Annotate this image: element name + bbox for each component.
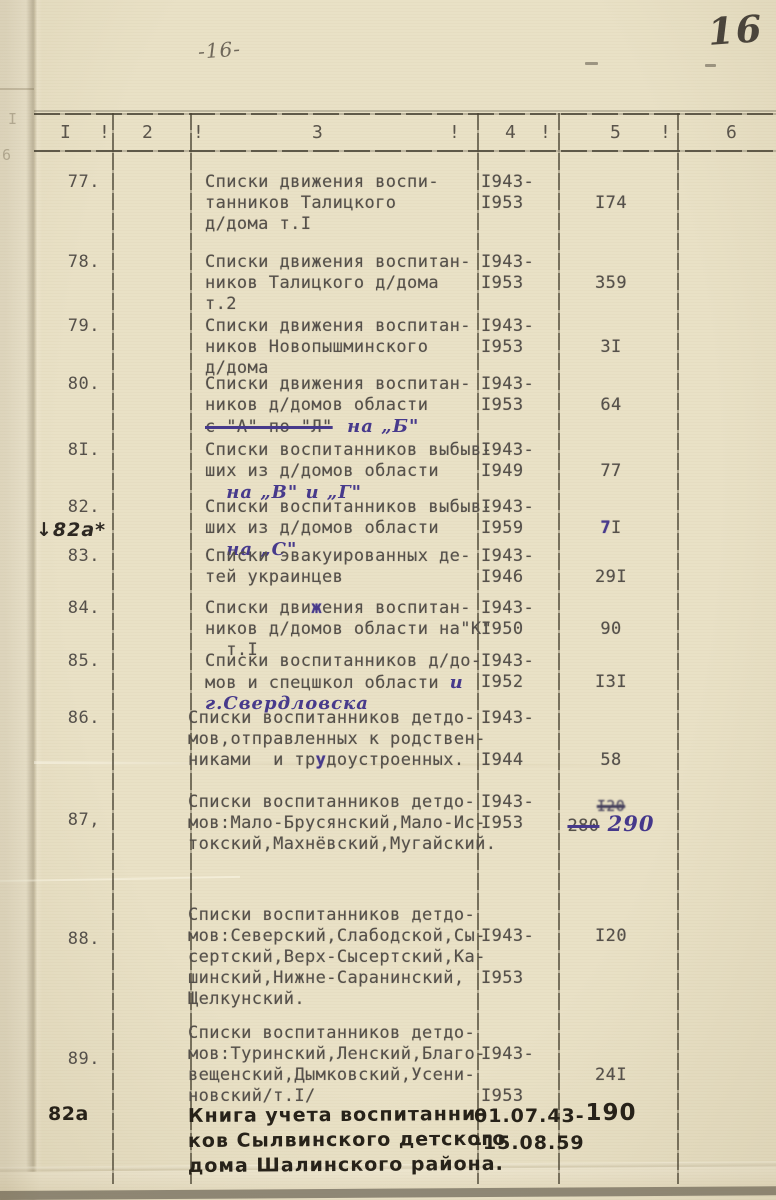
row-number: 89. — [36, 1049, 100, 1069]
table-body: 77.Списки движения воспи-танников Талицк… — [0, 0, 776, 1200]
row-number: 77. — [36, 172, 100, 192]
row-number: 83. — [36, 546, 100, 566]
row-number: 84. — [36, 598, 100, 618]
row-number: 85. — [36, 651, 100, 671]
row-count: 90 — [552, 598, 670, 640]
row-description: Списки движения воспитан-ников Талицкого… — [188, 252, 497, 315]
row-number: 82. — [36, 497, 100, 517]
row-count: 64 — [552, 374, 670, 416]
row-count: I20 — [552, 905, 670, 947]
row-count: 190 — [552, 1103, 670, 1124]
margin-note: ↓82а* — [36, 519, 126, 541]
row-description: Списки воспитанников д/до-мов и спецшкол… — [188, 651, 497, 714]
row-count: 359 — [552, 252, 670, 294]
row-number: 86. — [36, 708, 100, 728]
row-description: Списки воспитанников детдо-мов:Северский… — [188, 905, 480, 1010]
row-description: Списки воспитанников детдо-мов:Мало-Брус… — [188, 792, 480, 855]
row-number: 88. — [36, 929, 100, 949]
row-count: I3I — [552, 651, 670, 693]
row-description: Списки движения воспитан-ников Новопышми… — [188, 316, 497, 379]
row-count: 29I — [552, 546, 670, 588]
row-count: 3I — [552, 316, 670, 358]
row-description: Списки воспитанников детдо-мов:Туринский… — [188, 1023, 480, 1107]
row-count: 58 — [552, 708, 670, 771]
row-description: Книга учета воспитанни-ков Сылвинского д… — [188, 1103, 480, 1178]
row-number: 8I. — [36, 440, 100, 460]
row-description: Списки движения воспи-танников Талицкого… — [188, 172, 497, 235]
row-count: 77 — [552, 440, 670, 482]
row-description: Списки движения воспитан-ников д/домов о… — [188, 374, 497, 437]
scanned-archive-page: I 6 16 -16- I ! 2 ! 3 ! 4 ! 5 ! 6 77.Спи… — [0, 0, 776, 1200]
row-description: Списки эвакуированных де-тей украинцев — [188, 546, 497, 588]
row-number: 80. — [36, 374, 100, 394]
row-count: 24I — [552, 1023, 670, 1086]
row-count: 7I — [552, 497, 670, 539]
row-number: 82а — [36, 1103, 112, 1125]
row-description: Списки воспитанников выбыв-ших из д/домо… — [188, 440, 497, 503]
row-number: 78. — [36, 252, 100, 272]
row-number: 87, — [36, 810, 100, 830]
row-description: Списки воспитанников детдо-мов,отправлен… — [188, 708, 480, 771]
row-count: I74 — [552, 172, 670, 214]
row-number: 79. — [36, 316, 100, 336]
row-count: І20280 290 — [552, 798, 670, 832]
